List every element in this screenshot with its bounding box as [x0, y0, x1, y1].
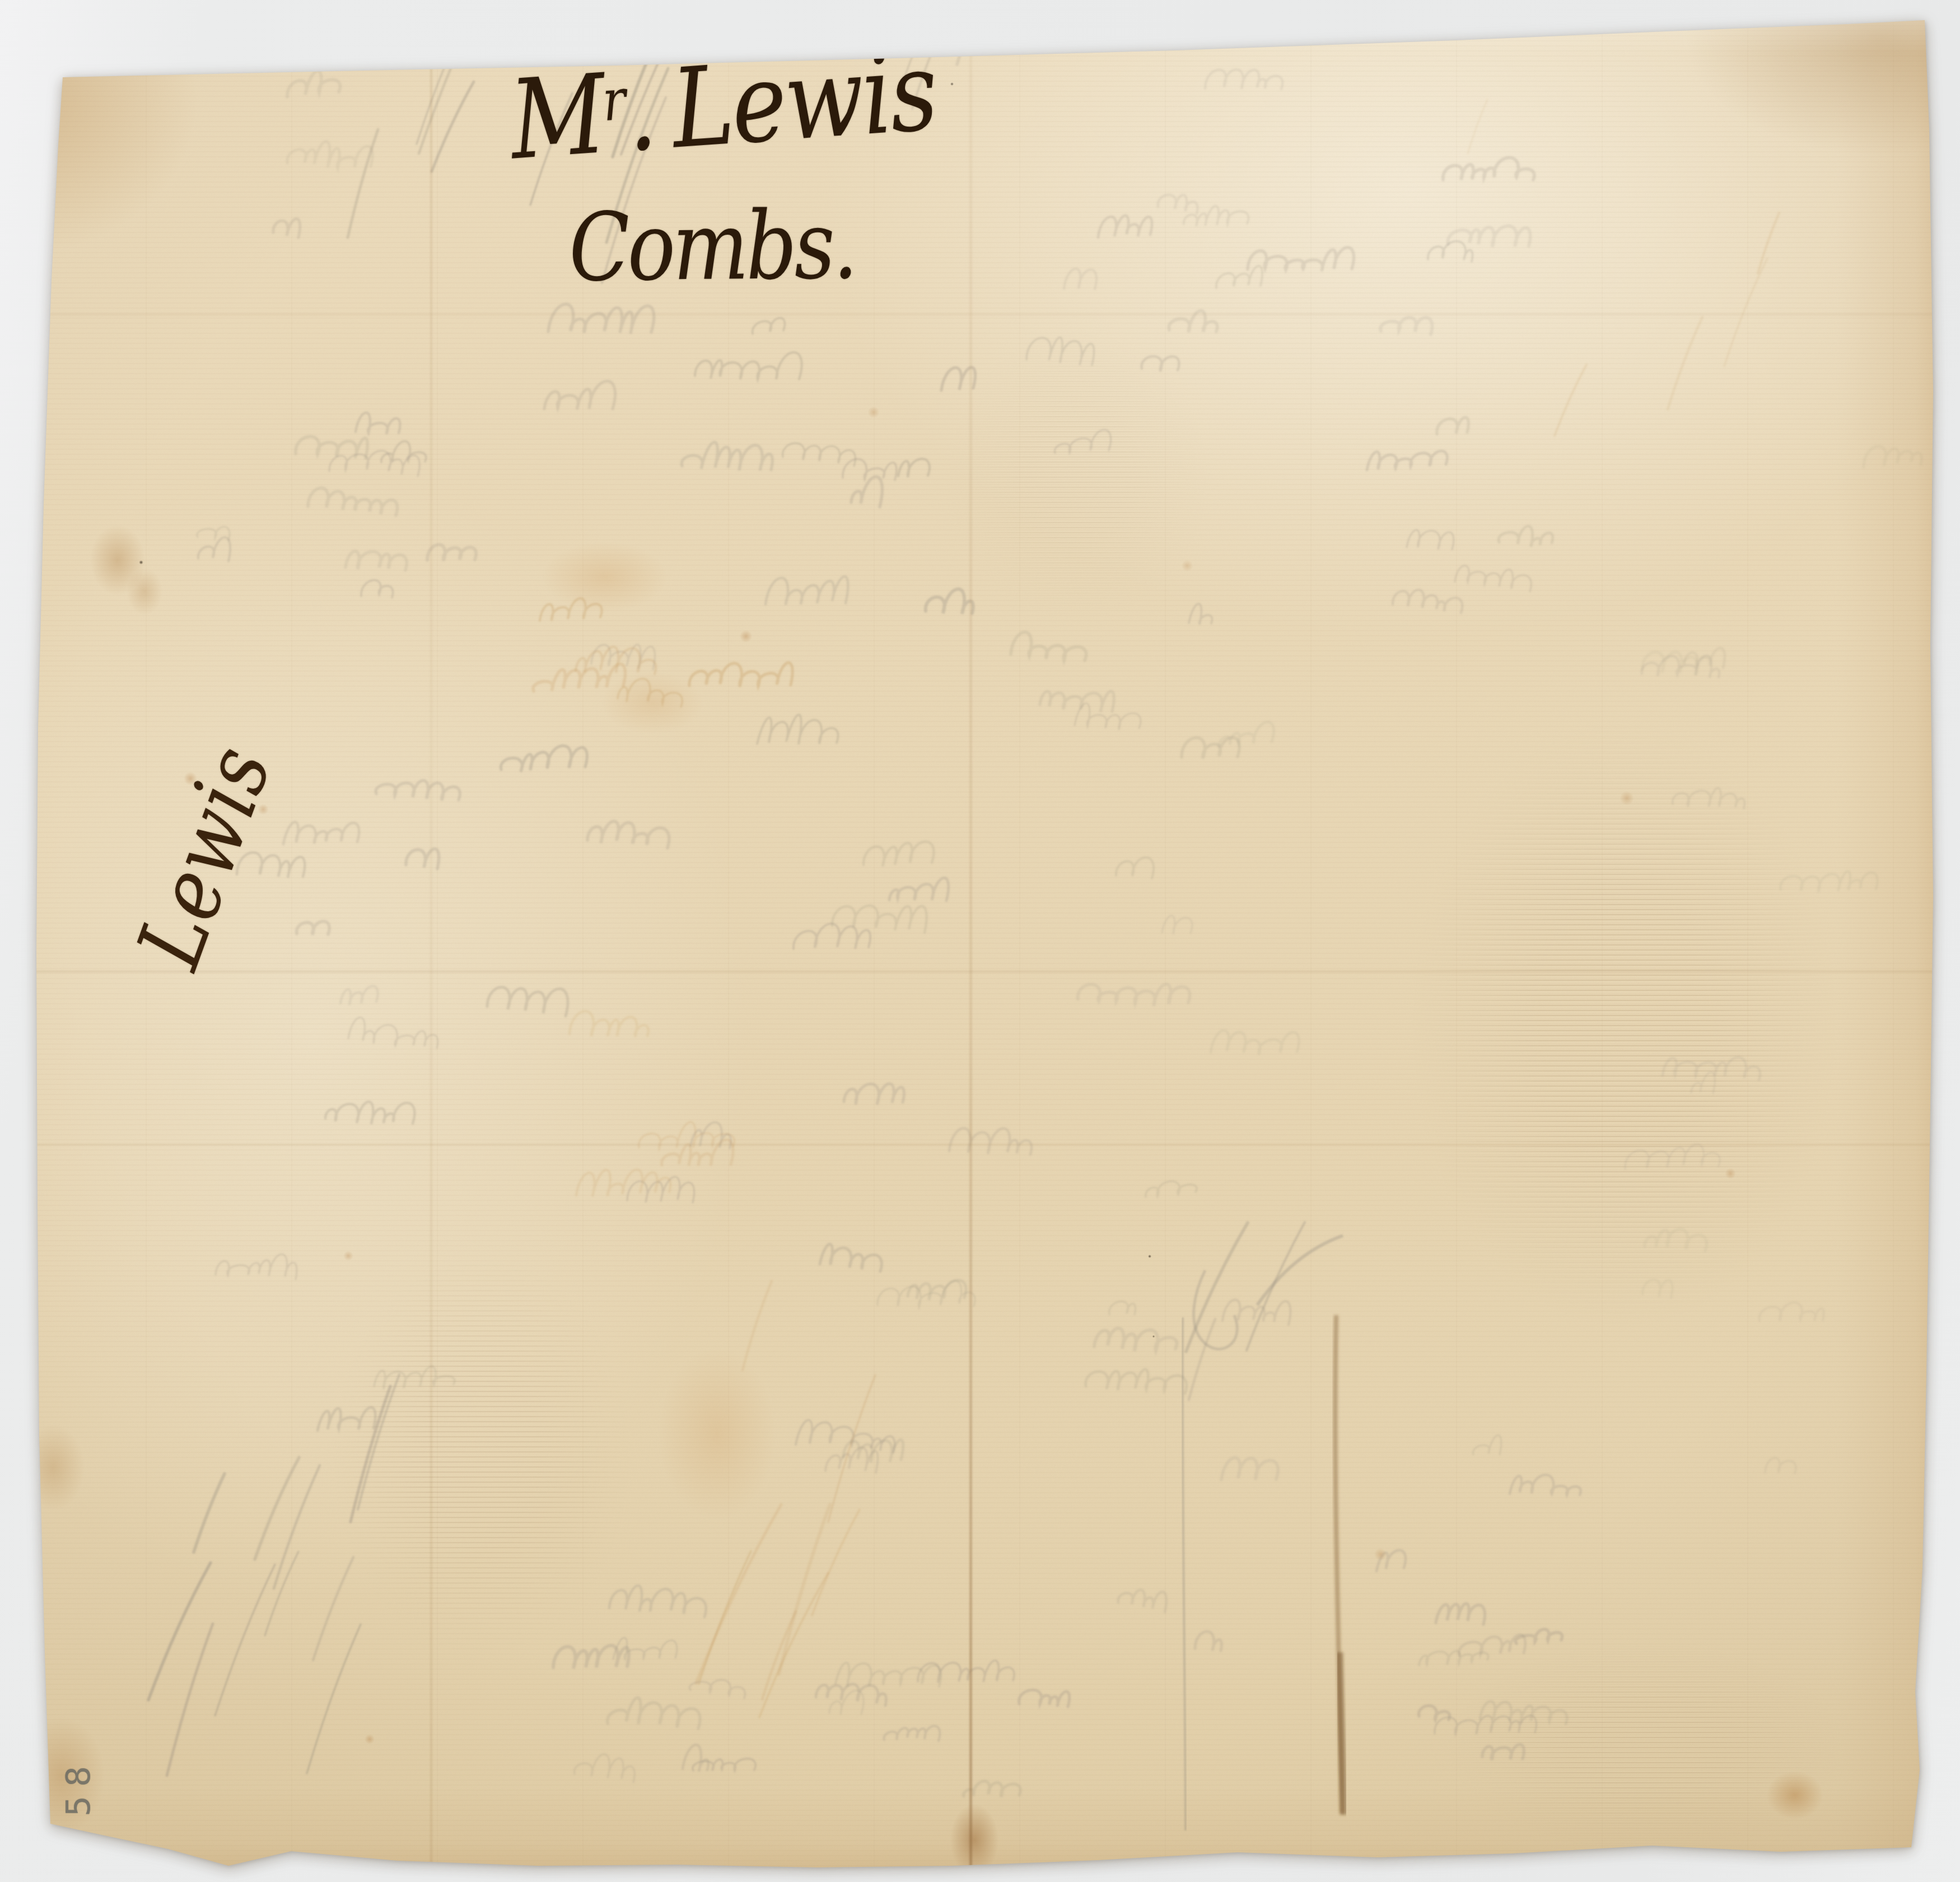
ink-bleed-vertical-line-lower	[1340, 1652, 1344, 1815]
bleed-through-writing-layer	[0, 0, 1960, 1882]
recipient-family-line: Combs.	[568, 197, 945, 294]
honorific: M	[506, 50, 608, 184]
offset-text-texture	[1445, 1641, 1848, 1854]
pencil-loop-mark	[1194, 1270, 1238, 1349]
paper-shadow-wrap: Mr.Lewis Combs. Lewis 58	[0, 0, 1960, 1882]
ink-bleed-vertical-line	[1335, 1315, 1342, 1814]
stain-layer	[0, 0, 1960, 1882]
offset-text-texture	[946, 330, 1210, 622]
fold-crease-vertical-left	[430, 0, 432, 1882]
laid-paper-texture	[0, 0, 1960, 1882]
fold-crease-horizontal-lower	[0, 1144, 1960, 1145]
offset-text-texture	[1411, 723, 1837, 1327]
vertical-name-inscription: Lewis	[124, 735, 285, 978]
paper-grain	[0, 0, 1960, 1882]
offset-text-texture	[330, 1255, 633, 1658]
document-paper: Mr.Lewis Combs. Lewis 58	[0, 0, 1960, 1882]
recipient-name-line: Mr.Lewis	[507, 36, 939, 175]
honorific-period: .	[622, 47, 659, 176]
pencil-column-line	[1183, 1317, 1186, 1830]
fold-crease-horizontal-upper	[0, 314, 1960, 315]
fold-crease-vertical-right	[969, 0, 972, 1882]
address-inscription: Mr.Lewis Combs.	[507, 36, 948, 298]
fold-crease-horizontal-middle	[0, 971, 1960, 972]
recipient-surname: Lewis	[668, 27, 940, 173]
pencil-archive-number: 58	[61, 1748, 96, 1826]
scan-mat: Mr.Lewis Combs. Lewis 58	[0, 0, 1960, 1882]
bleed-lines	[1183, 1236, 1344, 1830]
pencil-diagonal-stroke	[1257, 1236, 1343, 1305]
ghost-scribbles	[148, 0, 1922, 1797]
